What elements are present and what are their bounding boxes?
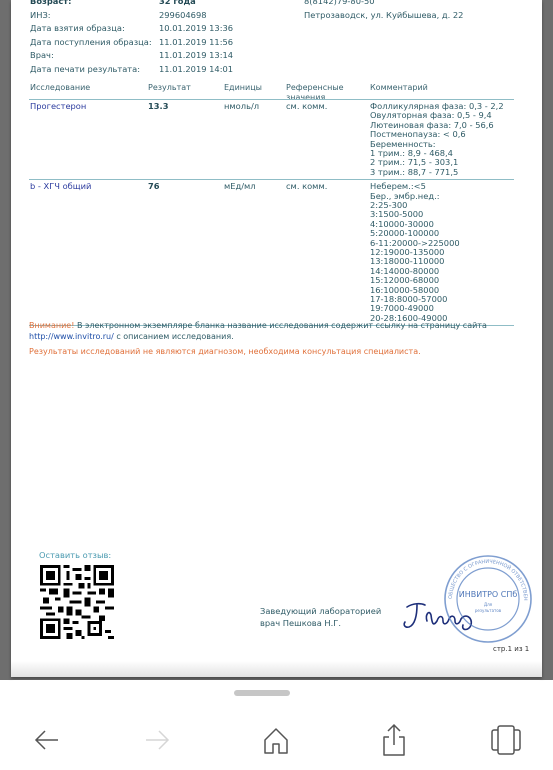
comment-line: 3 трим.: 88,7 - 771,5 — [370, 168, 504, 177]
home-button[interactable] — [256, 720, 296, 760]
field-value: 11.01.2019 11:56 — [159, 37, 233, 48]
field-label: ИНЗ: — [30, 10, 159, 21]
drag-handle[interactable] — [234, 690, 290, 696]
field-value: 11.01.2019 13:14 — [159, 50, 233, 61]
table-header-rule — [29, 99, 514, 100]
patient-field: Дата поступления образца:11.01.2019 11:5… — [30, 37, 233, 48]
units: мЕд/мл — [224, 182, 256, 191]
header-reference-line1: Референсные — [286, 83, 344, 92]
patient-field: Дата печати результата:11.01.2019 14:01 — [30, 64, 233, 75]
units: нмоль/л — [224, 102, 259, 111]
field-label: Возраст: — [30, 0, 159, 7]
reference-values: см. комм. — [286, 182, 327, 191]
field-label: Дата печати результата: — [30, 64, 159, 75]
forward-button[interactable] — [138, 720, 178, 760]
comment: Неберем.:<5Бер., эмбр.нед.:2:25-3003:150… — [370, 182, 460, 323]
tabs-button[interactable] — [486, 720, 526, 760]
header-test: Исследование — [30, 83, 90, 93]
stamp-text: ИНВИТРО СПб — [459, 590, 518, 599]
header-units: Единицы — [224, 83, 262, 93]
field-value: 299604698 — [159, 10, 207, 21]
signer-name: врач Пешкова Н.Г. — [260, 618, 381, 630]
document-viewer[interactable]: Возраст:32 годаИНЗ:299604698Дата взятия … — [0, 0, 553, 680]
comment: Фолликулярная фаза: 0,3 - 2,2Овуляторная… — [370, 102, 504, 177]
patient-field: ИНЗ:299604698 — [30, 10, 207, 21]
lab-address: Петрозаводск, ул. Куйбышева, д. 22 — [304, 10, 463, 21]
disclaimer: Результаты исследований не являются диаг… — [29, 346, 421, 357]
reference-values: см. комм. — [286, 102, 327, 111]
page-number: стр.1 из 1 — [493, 645, 529, 653]
row-separator — [29, 179, 514, 180]
attention-notice: Внимание! В электронном экземпляре бланк… — [29, 320, 487, 331]
tabs-icon — [490, 725, 522, 755]
link-suffix: с описанием исследования. — [114, 332, 234, 341]
back-button[interactable] — [26, 720, 66, 760]
link-notice: http://www.invitro.ru/ с описанием иссле… — [29, 331, 234, 342]
field-label: Дата поступления образца: — [30, 37, 159, 48]
arrow-right-icon — [144, 726, 172, 754]
field-label: Дата взятия образца: — [30, 23, 159, 34]
field-value: 10.01.2019 13:36 — [159, 23, 233, 34]
patient-field: Дата взятия образца:10.01.2019 13:36 — [30, 23, 233, 34]
patient-field: Возраст:32 года — [30, 0, 196, 7]
result-value: 76 — [148, 182, 160, 191]
signer-title: Заведующий лабораторией — [260, 606, 381, 618]
svg-text:результатов: результатов — [475, 608, 502, 613]
field-value: 32 года — [159, 0, 196, 7]
test-name-link[interactable]: b - ХГЧ общий — [30, 182, 91, 191]
browser-toolbar — [0, 680, 553, 770]
invitro-link[interactable]: http://www.invitro.ru/ — [29, 332, 114, 341]
attention-label: Внимание! — [29, 321, 74, 330]
patient-field: Врач:11.01.2019 13:14 — [30, 50, 233, 61]
test-name-link[interactable]: Прогестерон — [30, 102, 86, 111]
lab-phone: 8(8142)79-80-50 — [304, 0, 375, 7]
share-button[interactable] — [374, 720, 414, 760]
document-page: Возраст:32 годаИНЗ:299604698Дата взятия … — [11, 0, 542, 677]
svg-text:Для: Для — [484, 602, 493, 607]
qr-code[interactable] — [39, 565, 115, 639]
result-value: 13.3 — [148, 102, 168, 111]
field-label: Врач: — [30, 50, 159, 61]
header-result: Результат — [148, 83, 191, 93]
header-comment: Комментарий — [370, 83, 428, 93]
feedback-label: Оставить отзыв: — [39, 550, 111, 560]
stamp: ОБЩЕСТВО С ОГРАНИЧЕННОЙ ОТВЕТСТВЕННОСТЬЮ… — [442, 553, 534, 645]
attention-text: В электронном экземпляре бланка название… — [74, 321, 486, 330]
home-icon — [262, 725, 290, 755]
signer: Заведующий лабораторией врач Пешкова Н.Г… — [260, 606, 381, 629]
field-value: 11.01.2019 14:01 — [159, 64, 233, 75]
arrow-left-icon — [32, 726, 60, 754]
share-icon — [380, 723, 408, 757]
